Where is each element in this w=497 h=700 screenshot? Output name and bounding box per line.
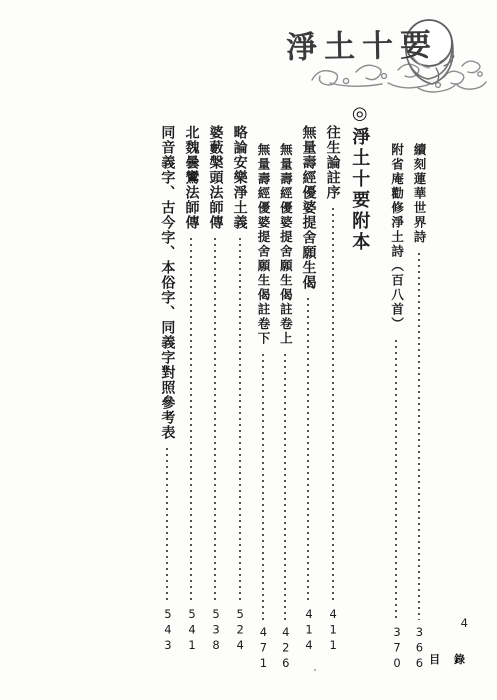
toc-entry-label: 略論安樂淨土義 — [232, 125, 248, 230]
toc-entry-page: 524 — [233, 607, 246, 654]
toc-entry-label: 北魏曇鸞法師傳 — [183, 125, 199, 230]
toc-entry: 附省庵勸修淨土詩（百八首） 370 — [389, 103, 403, 671]
dot-leader — [395, 338, 397, 620]
toc-entry-label: 婆藪槃頭法師傳 — [207, 125, 223, 230]
cloud-decoration — [312, 61, 486, 92]
toc-entry-page: 543 — [161, 607, 174, 654]
dot-leader — [262, 352, 264, 620]
toc-entry: ◎淨土十要附本 — [349, 103, 370, 631]
toc-entry: 無量壽經優婆提舍願生偈 414 — [300, 103, 316, 653]
dot-leader — [190, 236, 192, 602]
toc-entry-label: 無量壽經優婆提舍願生偈 — [300, 125, 316, 290]
book-title: 淨土十要 — [286, 27, 439, 66]
toc-entry-label: 無量壽經優婆提舍願生偈註卷下 — [256, 143, 270, 346]
toc-entry: 同音義字、古今字、本俗字、同義字對照參考表 543 — [159, 103, 175, 653]
toc-entry: 北魏曇鸞法師傳 541 — [183, 103, 199, 653]
toc-entry: 續刻蓮華世界詩 366 — [412, 103, 426, 671]
toc-entry-label: 往生論註序 — [324, 125, 340, 200]
toc-entry-page: 541 — [185, 607, 198, 654]
toc-entry: 婆藪槃頭法師傳 538 — [207, 103, 223, 653]
toc-entry-page: 370 — [390, 625, 403, 672]
toc-entry-page: 471 — [256, 625, 269, 672]
scan-speck — [314, 669, 316, 671]
toc-entry-label: 同音義字、古今字、本俗字、同義字對照參考表 — [159, 125, 175, 440]
toc-entry-page: 411 — [326, 607, 339, 654]
dot-leader — [418, 251, 420, 620]
toc-entry-label: 附省庵勸修淨土詩（百八首） — [389, 143, 403, 332]
dot-leader — [214, 236, 216, 602]
toc-entry-label: 續刻蓮華世界詩 — [412, 143, 426, 245]
dot-leader — [166, 446, 168, 602]
toc-entry-page: 366 — [412, 625, 425, 672]
toc-entry-page: 538 — [209, 607, 222, 654]
toc-entry-page: 414 — [302, 607, 315, 654]
toc-entry-page: 426 — [279, 625, 292, 672]
dot-leader — [307, 296, 309, 602]
toc-entry: 無量壽經優婆提舍願生偈註卷上 426 — [278, 103, 292, 671]
toc-entry: 略論安樂淨土義 524 — [232, 103, 248, 653]
header-artwork: 淨土十要 — [0, 0, 497, 100]
folio-page-number: 4 — [461, 616, 468, 630]
toc-entry: 往生論註序 411 — [324, 103, 340, 653]
toc-entry: 無量壽經優婆提舍願生偈註卷下 471 — [256, 103, 270, 671]
running-footer-title: 目 錄 — [429, 651, 470, 667]
scanned-toc-page: 淨土十要 續刻蓮華世界詩 366 附省庵勸修淨土詩（百八首） 370 ◎淨土十要… — [0, 0, 497, 700]
toc-entry-label: ◎淨土十要附本 — [349, 103, 370, 253]
dot-leader — [239, 236, 241, 602]
dot-leader — [332, 206, 334, 602]
toc-columns: 續刻蓮華世界詩 366 附省庵勸修淨土詩（百八首） 370 ◎淨土十要附本 往生… — [159, 103, 426, 631]
dot-leader — [284, 352, 286, 620]
toc-entry-label: 無量壽經優婆提舍願生偈註卷上 — [278, 143, 292, 346]
